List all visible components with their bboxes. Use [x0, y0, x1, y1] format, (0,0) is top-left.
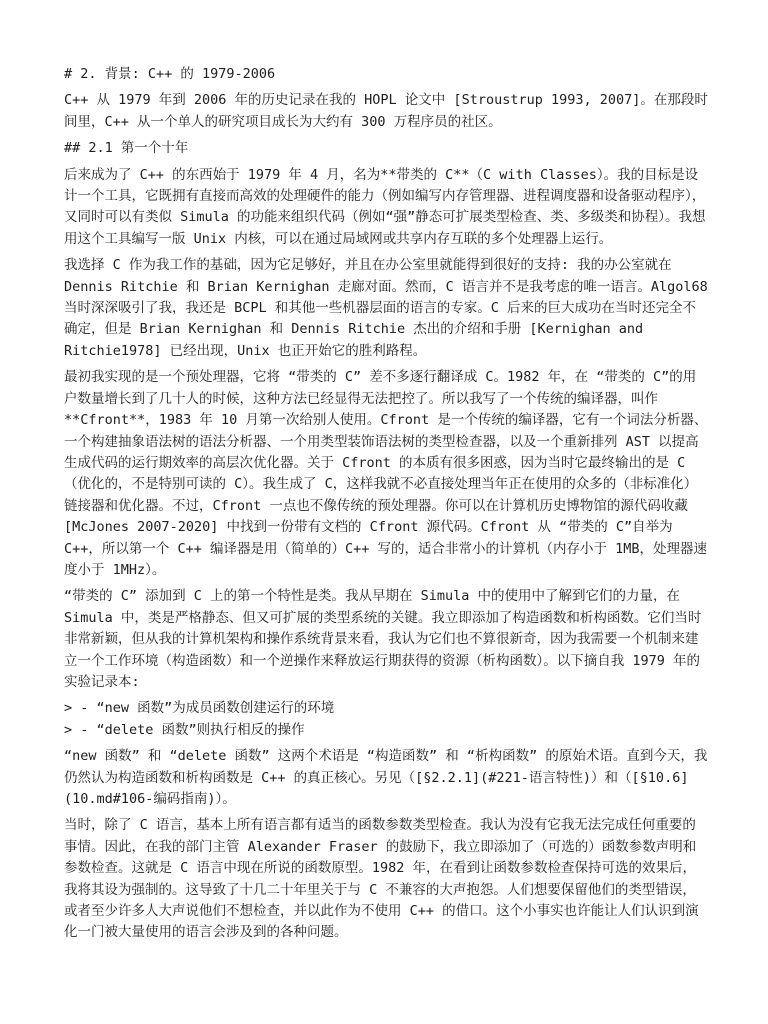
paragraph-function-prototypes: 当时，除了 C 语言，基本上所有语言都有适当的函数参数类型检查。我认为没有它我无…	[64, 815, 708, 943]
paragraph-cfront: 最初我实现的是一个预处理器，它将 “带类的 C” 差不多逐行翻译成 C。1982…	[64, 367, 708, 581]
document-page: # 2. 背景: C++ 的 1979-2006 C++ 从 1979 年到 2…	[64, 64, 708, 944]
blockquote-lab-notebook: > - “new 函数”为成员函数创建运行的环境 > - “delete 函数”…	[64, 698, 708, 741]
markdown-heading-2: ## 2.1 第一个十年	[64, 138, 708, 159]
quote-line-new-function: > - “new 函数”为成员函数创建运行的环境	[64, 698, 708, 719]
paragraph-choosing-c: 我选择 C 作为我工作的基础，因为它足够好，并且在办公室里就能得到很好的支持: …	[64, 255, 708, 362]
paragraph-intro: C++ 从 1979 年到 2006 年的历史记录在我的 HOPL 论文中 [S…	[64, 90, 708, 133]
quote-line-delete-function: > - “delete 函数”则执行相反的操作	[64, 720, 708, 741]
paragraph-new-delete-terms: “new 函数” 和 “delete 函数” 这两个术语是 “构造函数” 和 “…	[64, 746, 708, 810]
markdown-heading-1: # 2. 背景: C++ 的 1979-2006	[64, 64, 708, 85]
paragraph-classes-constructors: “带类的 C” 添加到 C 上的第一个特性是类。我从早期在 Simula 中的使…	[64, 586, 708, 693]
paragraph-c-with-classes: 后来成为了 C++ 的东西始于 1979 年 4 月，名为**带类的 C**（C…	[64, 165, 708, 251]
